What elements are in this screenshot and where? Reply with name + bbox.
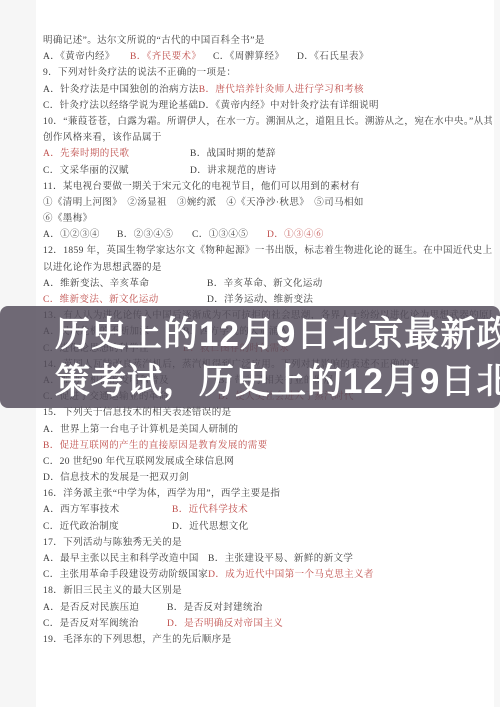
answer-highlight: B．《齐民要术》 xyxy=(130,49,213,65)
text-segment: B．战国时期的楚辞 xyxy=(190,146,276,162)
text-segment: 创作风格来看，该作品属于 xyxy=(43,130,162,146)
text-segment: 以进化论作为思想武器的是 xyxy=(43,260,162,276)
question-line: 明确记述”。达尔文所说的“古代的中国百科全书”是 xyxy=(43,33,492,49)
text-segment: C．近代政治制度 xyxy=(43,519,172,535)
text-segment: 18．新旧三民主义的最大区别是 xyxy=(43,583,182,599)
text-segment: ①《清明上河图》 ②汤显祖 ③婉约派 ④《天净沙·秋思》 ⑤司马相如 xyxy=(43,195,364,211)
text-segment: 明确记述”。达尔文所说的“古代的中国百科全书”是 xyxy=(43,33,265,49)
question-line: 12．1859 年，英国生物学家达尔文《物种起源》一书出版，标志着生物进化论的诞… xyxy=(43,243,492,259)
text-segment: 11．某电视台要做一期关于宋元文化的电视节目，他们可以用到的素材有 xyxy=(43,179,360,195)
text-segment: C．文采华丽的汉赋 xyxy=(43,163,190,179)
text-segment: A．是否反对民族压迫 xyxy=(43,600,167,616)
answer-highlight: D．①③④⑥ xyxy=(267,227,324,243)
answer-highlight: B．近代科学技术 xyxy=(172,502,248,518)
text-segment: A．世界上第一台电子计算机是美国人研制的 xyxy=(43,422,238,438)
text-segment: A．《黄帝内经》 xyxy=(43,49,130,65)
question-line: A．西方军事技术B．近代科学技术 xyxy=(43,502,492,518)
question-line: 10．“蒹葭苍苍，白露为霜。所谓伊人，在水一方。溯洄从之，道阻且长。溯游从之，宛… xyxy=(43,114,492,130)
question-line: 19．毛泽东的下列思想，产生的先后顺序是 xyxy=(43,632,492,648)
question-line: C．是否反对军阀统治D．是否明确反对帝国主义 xyxy=(43,616,492,632)
text-segment: C．主张用革命手段建设劳动阶级国家 xyxy=(43,567,208,583)
text-segment: ⑥《墨梅》 xyxy=(43,211,93,227)
text-segment: 16．洋务派主张“中学为体，西学为用”，西学主要是指 xyxy=(43,486,280,502)
question-line: 17．下列活动与陈独秀无关的是 xyxy=(43,535,492,551)
question-line: A．是否反对民族压迫B．是否反对封建统治 xyxy=(43,600,492,616)
text-segment: 19．毛泽东的下列思想，产生的先后顺序是 xyxy=(43,632,232,648)
question-line: 9．下列对针灸疗法的说法不正确的一项是： xyxy=(43,65,492,81)
text-segment: A．①②③④ xyxy=(43,227,117,243)
question-line: A．①②③④B．②③④⑤C．①③④⑤D．①③④⑥ xyxy=(43,227,492,243)
text-segment: A．最早主张以民主和科学改造中国 xyxy=(43,551,208,567)
question-line: 16．洋务派主张“中学为体，西学为用”，西学主要是指 xyxy=(43,486,492,502)
answer-highlight: D．成为近代中国第一个马克思主义者 xyxy=(208,567,374,583)
text-segment: B．主张建设平易、新鲜的新文学 xyxy=(208,551,353,567)
exam-page: 明确记述”。达尔文所说的“古代的中国百科全书”是A．《黄帝内经》B．《齐民要术》… xyxy=(0,0,500,707)
text-segment: D．讲求规范的唐诗 xyxy=(190,163,276,179)
question-line: C．近代政治制度D．近代思想文化 xyxy=(43,519,492,535)
text-segment: B．辛亥革命、新文化运动 xyxy=(207,276,323,292)
question-line: 创作风格来看，该作品属于 xyxy=(43,130,492,146)
text-segment: 17．下列活动与陈独秀无关的是 xyxy=(43,535,182,551)
question-line: 18．新旧三民主义的最大区别是 xyxy=(43,583,492,599)
answer-highlight: D．是否明确反对帝国主义 xyxy=(167,616,283,632)
question-line: C．针灸疗法以经络学说为理论基础D．《黄帝内经》中对针灸疗法有详细说明 xyxy=(43,98,492,114)
question-line: B．促进互联网的产生的直接原因是教育发展的需要 xyxy=(43,438,492,454)
text-segment: A．西方军事技术 xyxy=(43,502,172,518)
question-line: A．针灸疗法是中国独创的治病方法B．唐代培养针灸师人进行学习和考核 xyxy=(43,82,492,98)
text-segment: B．②③④⑤ xyxy=(117,227,192,243)
text-segment: C．是否反对军阀统治 xyxy=(43,616,167,632)
answer-highlight: B．唐代培养针灸师人进行学习和考核 xyxy=(199,82,364,98)
text-segment: 9．下列对针灸疗法的说法不正确的一项是： xyxy=(43,65,236,81)
text-segment: D．《石氏星表》 xyxy=(297,49,369,65)
caption-title: 历史上的12月9日北京最新政 策考试，历史上的12月9日北 xyxy=(0,306,500,405)
text-segment: D．《黄帝内经》中对针灸疗法有详细说明 xyxy=(198,98,379,114)
text-segment: C．《周髀算经》 xyxy=(213,49,297,65)
question-line: 以进化论作为思想武器的是 xyxy=(43,260,492,276)
question-line: ⑥《墨梅》 xyxy=(43,211,492,227)
text-segment: 12．1859 年，英国生物学家达尔文《物种起源》一书出版，标志着生物进化论的诞… xyxy=(43,243,492,259)
question-line: A．最早主张以民主和科学改造中国B．主张建设平易、新鲜的新文学 xyxy=(43,551,492,567)
text-segment: C．针灸疗法以经络学说为理论基础 xyxy=(43,98,198,114)
question-line: D．信息技术的发展是一把双刃剑 xyxy=(43,470,492,486)
text-segment: D．信息技术的发展是一把双刃剑 xyxy=(43,470,189,486)
question-line: C．20 世纪90 年代互联网发展成全球信息网 xyxy=(43,454,492,470)
question-line: ①《清明上河图》 ②汤显祖 ③婉约派 ④《天净沙·秋思》 ⑤司马相如 xyxy=(43,195,492,211)
question-line: A．世界上第一台电子计算机是美国人研制的 xyxy=(43,422,492,438)
question-line: A．《黄帝内经》B．《齐民要术》C．《周髀算经》D．《石氏星表》 xyxy=(43,49,492,65)
text-segment: 10．“蒹葭苍苍，白露为霜。所谓伊人，在水一方。溯洄从之，道阻且长。溯游从之，宛… xyxy=(43,114,492,130)
text-segment: A．维新变法、辛亥革命 xyxy=(43,276,207,292)
text-segment: A．针灸疗法是中国独创的治病方法 xyxy=(43,82,199,98)
caption-title-line2: 策考试，历史上的12月9日北 xyxy=(55,358,500,405)
text-segment: D．近代思想文化 xyxy=(172,519,249,535)
caption-title-line1: 历史上的12月9日北京最新政 xyxy=(55,311,500,358)
question-line: A．维新变法、辛亥革命B．辛亥革命、新文化运动 xyxy=(43,276,492,292)
text-segment: B．是否反对封建统治 xyxy=(167,600,263,616)
question-line: C．文采华丽的汉赋D．讲求规范的唐诗 xyxy=(43,163,492,179)
question-line: 11．某电视台要做一期关于宋元文化的电视节目，他们可以用到的素材有 xyxy=(43,179,492,195)
caption-overlay: 历史上的12月9日北京最新政 策考试，历史上的12月9日北 xyxy=(0,306,500,408)
question-line: C．主张用革命手段建设劳动阶级国家D．成为近代中国第一个马克思主义者 xyxy=(43,567,492,583)
question-line: A．先秦时期的民歌B．战国时期的楚辞 xyxy=(43,146,492,162)
answer-highlight: B．促进互联网的产生的直接原因是教育发展的需要 xyxy=(43,438,268,454)
text-segment: C．20 世纪90 年代互联网发展成全球信息网 xyxy=(43,454,234,470)
text-segment: C．①③④⑤ xyxy=(192,227,267,243)
answer-highlight: A．先秦时期的民歌 xyxy=(43,146,190,162)
